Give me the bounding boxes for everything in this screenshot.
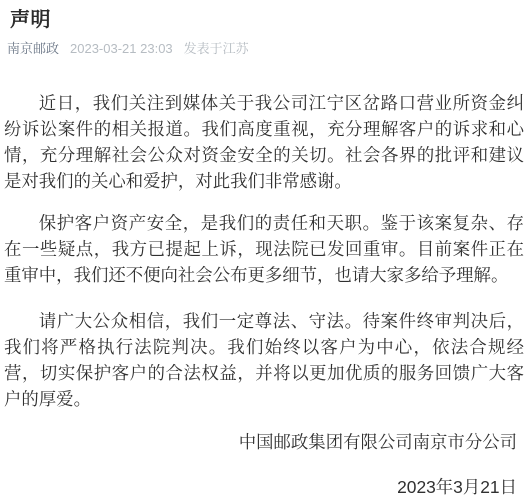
post-timestamp: 2023-03-21 23:03 [70, 41, 173, 56]
statement-date: 2023年3月21日 [4, 474, 517, 500]
statement-body: 近日，我们关注到媒体关于我公司江宁区岔路口营业所资金纠纷诉讼案件的相关报道。我们… [0, 90, 530, 412]
statement-post-page: 声明 南京邮政2023-03-21 23:03发表于江苏 近日，我们关注到媒体关… [0, 0, 530, 500]
post-meta: 南京邮政2023-03-21 23:03发表于江苏 [7, 41, 523, 56]
statement-paragraph: 请广大公众相信，我们一定尊法、守法。待案件终审判决后，我们将严格执行法院判决。我… [4, 308, 524, 412]
page-title: 声明 [10, 8, 520, 32]
signature-company: 中国邮政集团有限公司南京市分公司 [4, 429, 517, 455]
statement-paragraph: 保护客户资产安全，是我们的责任和天职。鉴于该案复杂、存在一些疑点，我方已提起上诉… [4, 210, 524, 288]
post-location: 发表于江苏 [184, 41, 249, 56]
account-name-link[interactable]: 南京邮政 [7, 41, 59, 56]
statement-paragraph: 近日，我们关注到媒体关于我公司江宁区岔路口营业所资金纠纷诉讼案件的相关报道。我们… [4, 90, 524, 194]
